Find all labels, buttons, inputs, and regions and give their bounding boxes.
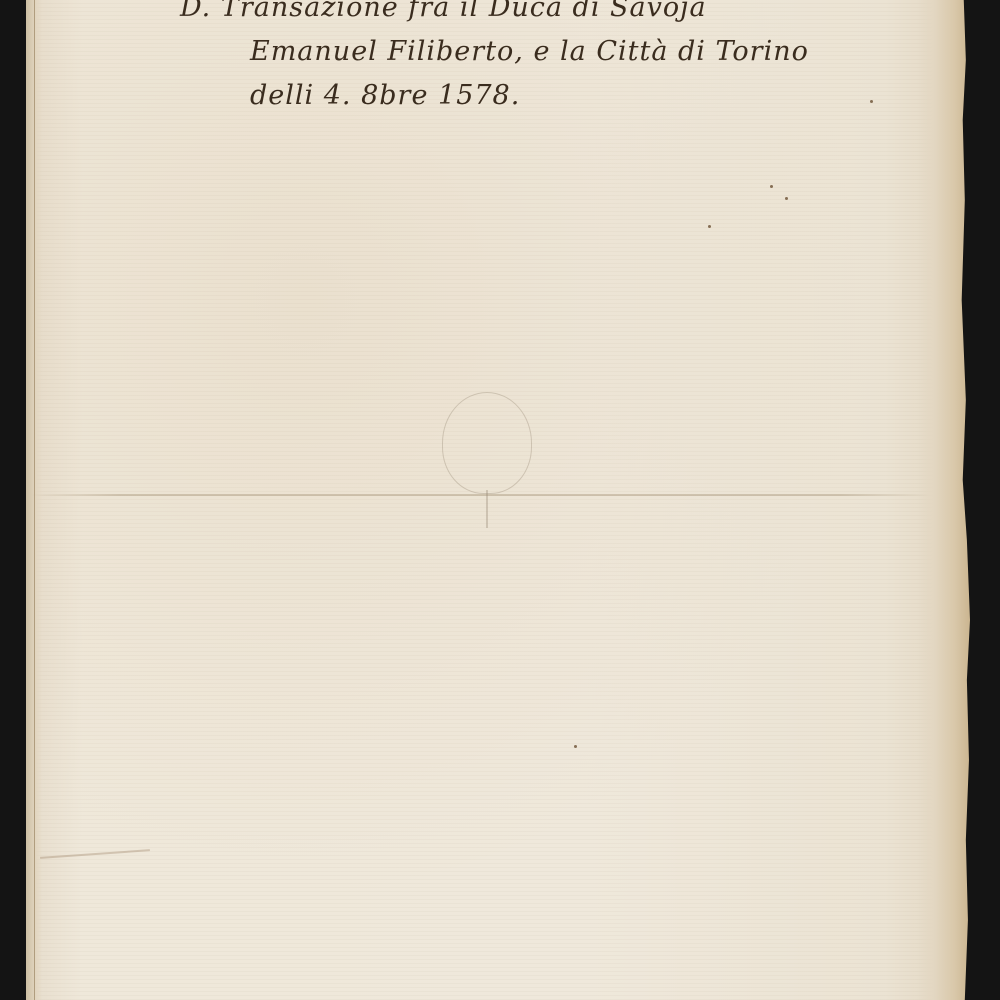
heading-line-3: delli 4. 8bre 1578.	[180, 74, 940, 118]
heading-line-1: D. Transazione fra il Duca di Savoja	[180, 0, 940, 30]
manuscript-page	[26, 0, 960, 1000]
watermark	[442, 392, 532, 494]
watermark-stem	[486, 490, 488, 528]
ink-spot	[708, 225, 711, 228]
heading-line-2: Emanuel Filiberto, e la Città di Torino	[180, 30, 940, 74]
ink-spot	[574, 745, 577, 748]
page-right-torn-edge	[918, 0, 970, 1000]
ink-spot	[870, 100, 873, 103]
document-heading: D. Transazione fra il Duca di Savoja Ema…	[180, 0, 940, 118]
page-left-binding-line	[34, 0, 35, 1000]
ink-spot	[785, 197, 788, 200]
horizontal-fold	[30, 494, 930, 496]
ink-spot	[770, 185, 773, 188]
